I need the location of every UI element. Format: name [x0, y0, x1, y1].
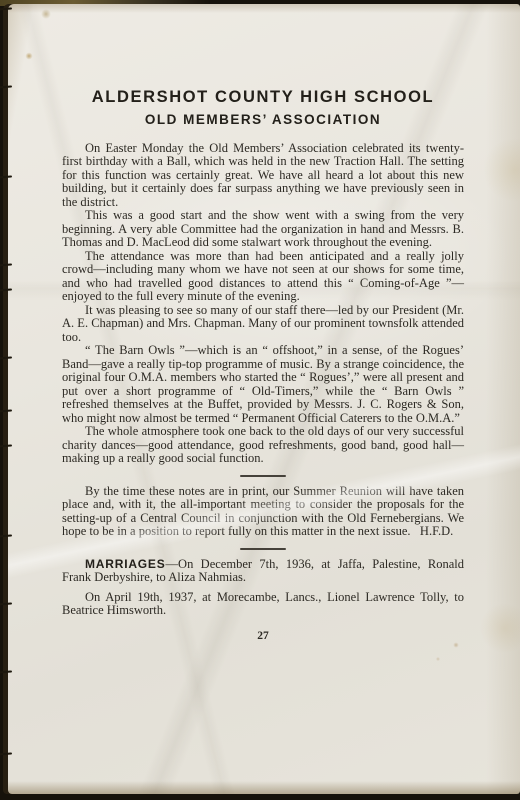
scanned-booklet-page: ALDERSHOT COUNTY HIGH SCHOOL OLD MEMBERS…	[0, 0, 520, 800]
marriages-entry: On April 19th, 1937, at Morecambe, Lancs…	[62, 591, 464, 618]
stitch-mark	[0, 263, 12, 266]
paragraph-committee: This was a good start and the show went …	[62, 209, 464, 250]
stitch-mark	[0, 175, 12, 178]
section-divider	[240, 475, 286, 477]
section-divider	[240, 548, 286, 550]
article-body: On Easter Monday the Old Members’ Associ…	[62, 142, 464, 466]
page-subtitle: OLD MEMBERS’ ASSOCIATION	[62, 113, 464, 128]
paragraph-barn-owls: “ The Barn Owls ”—which is an “ offshoot…	[62, 344, 464, 425]
marriages-entry: MARRIAGES—On December 7th, 1936, at Jaff…	[62, 558, 464, 585]
stitch-mark	[0, 7, 12, 10]
paragraph-atmosphere: The whole atmosphere took one back to th…	[62, 425, 464, 466]
notes-section: By the time these notes are in print, ou…	[62, 485, 464, 539]
stitch-mark	[0, 444, 12, 447]
stitch-mark	[0, 409, 12, 412]
stitch-mark	[0, 85, 12, 88]
page-title: ALDERSHOT COUNTY HIGH SCHOOL	[62, 88, 464, 107]
marriages-heading: MARRIAGES	[85, 557, 166, 571]
paragraph-easter-ball: On Easter Monday the Old Members’ Associ…	[62, 142, 464, 210]
stitch-mark	[0, 752, 12, 755]
paragraph-summer-reunion: By the time these notes are in print, ou…	[62, 485, 464, 539]
stitch-mark	[0, 288, 12, 291]
paragraph-staff: It was pleasing to see so many of our st…	[62, 304, 464, 345]
page-content: ALDERSHOT COUNTY HIGH SCHOOL OLD MEMBERS…	[62, 4, 464, 642]
marriages-section: MARRIAGES—On December 7th, 1936, at Jaff…	[62, 558, 464, 618]
paper-sheet: ALDERSHOT COUNTY HIGH SCHOOL OLD MEMBERS…	[8, 4, 520, 794]
stitch-mark	[0, 602, 12, 605]
stitch-mark	[0, 670, 12, 673]
stitch-mark	[0, 356, 12, 359]
paragraph-attendance: The attendance was more than had been an…	[62, 250, 464, 304]
stitch-mark	[0, 534, 12, 537]
page-number: 27	[62, 630, 464, 642]
